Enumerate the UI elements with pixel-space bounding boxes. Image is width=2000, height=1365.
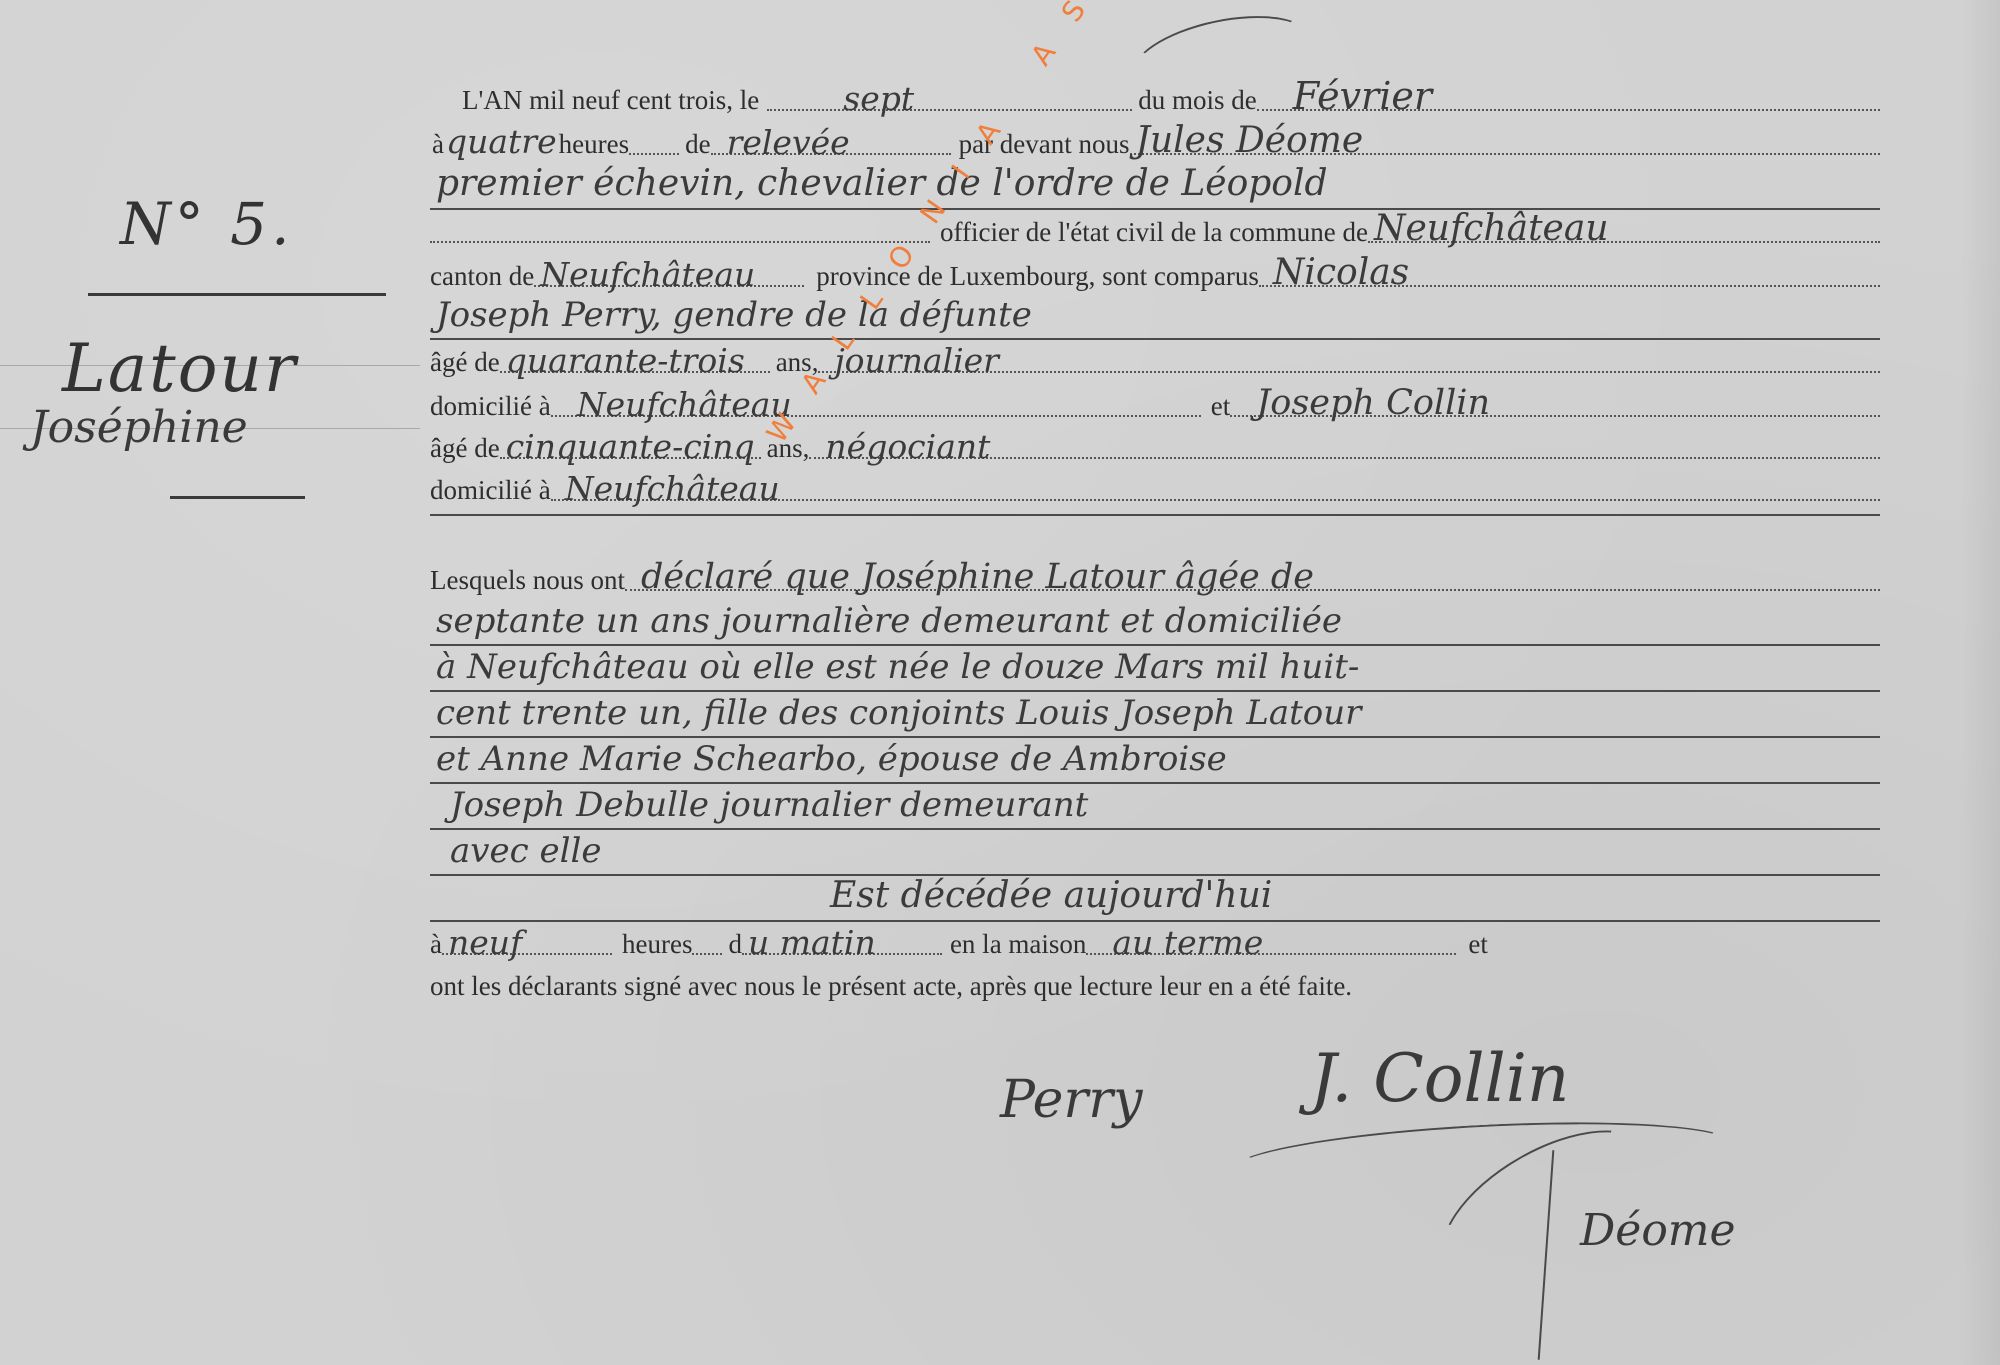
label-house: en la maison (950, 931, 1086, 962)
line-witness2-age: âgé de cinquante-cinq ans, négociant (430, 426, 1880, 466)
label-age: âgé de (430, 435, 500, 466)
field-witness2-occupation: négociant (819, 430, 996, 467)
deceased-given-name: Joséphine (30, 402, 248, 453)
declaration-died-line: Est décédée aujourd'hui (430, 880, 1880, 922)
label-residence: domicilié à (430, 393, 551, 424)
line-witness2-residence: domicilié à Neufchâteau (430, 468, 1880, 508)
field-death-period: u matin (742, 926, 882, 963)
field-death-hour: neuf (442, 926, 528, 963)
line-canton: canton de Neufchâteau province de Luxemb… (430, 254, 1880, 294)
field-witness1-name: Joseph Perry, gendre de la défunte (430, 298, 1038, 338)
label-at: à (432, 131, 444, 162)
field-witness1-first: Nicolas (1267, 255, 1415, 295)
field-witness2-name: Joseph Collin (1250, 386, 1496, 425)
signature-witness1: Perry (1000, 1070, 1143, 1130)
field-witness1-age: quarante-trois (500, 344, 751, 381)
deceased-surname: Latour (62, 330, 298, 407)
declaration-line-6: avec elle (430, 834, 1880, 876)
line-time-place: à neuf heures d u matin en la maison au … (430, 922, 1880, 962)
field-witness2-residence: Neufchâteau (559, 472, 786, 509)
signature-witness2: J. Collin (1310, 1040, 1569, 1117)
line-commune: officier de l'état civil de la commune d… (430, 210, 1880, 250)
label-age: âgé de (430, 349, 500, 380)
line-declaration: Lesquels nous ont déclaré que Joséphine … (430, 558, 1880, 598)
declaration-line-3: cent trente un, fille des conjoints Loui… (430, 696, 1880, 738)
act-number: N° 5. (120, 190, 294, 258)
line-date: L'AN mil neuf cent trois, le sept du moi… (430, 78, 1880, 118)
margin-divider (170, 496, 305, 499)
field-witness2-age: cinquante-cinq (500, 430, 761, 467)
label-residence: domicilié à (430, 477, 551, 508)
separator-line (430, 512, 1880, 516)
line-witness1-residence: domicilié à Neufchâteau et Joseph Collin (430, 384, 1880, 424)
label-at: à (430, 931, 442, 962)
field-day: sept (837, 82, 920, 119)
declaration-line-2: à Neufchâteau où elle est née le douze M… (430, 650, 1880, 692)
margin-divider (88, 293, 386, 296)
label-officer: officier de l'état civil de la commune d… (940, 219, 1368, 250)
label-declared: Lesquels nous ont (430, 567, 625, 598)
field-commune: Neufchâteau (1368, 211, 1615, 251)
label-of: d (728, 931, 742, 962)
label-and: et (1211, 393, 1231, 424)
field-hour: quatre (444, 125, 559, 162)
label-canton: canton de (430, 263, 534, 294)
label-of: de (685, 131, 710, 162)
label-month: du mois de (1138, 87, 1257, 118)
label-year: L'AN mil neuf cent trois, le (462, 87, 759, 118)
declaration-line-4: et Anne Marie Schearbo, épouse de Ambroi… (430, 742, 1880, 784)
field-officer-name: Jules Déome (1130, 123, 1370, 163)
field-death-place: au terme (1106, 926, 1269, 963)
line-closing: ont les déclarants signé avec nous le pr… (430, 964, 1880, 1004)
label-and: et (1468, 931, 1488, 962)
document-page: N° 5. Latour Joséphine L'AN mil neuf cen… (0, 0, 2000, 1365)
page-edge-shadow (1960, 0, 2000, 1365)
signature-officer: Déome (1580, 1205, 1736, 1256)
line-hour: à quatre heures de relevée par devant no… (430, 122, 1880, 162)
line-witness1-age: âgé de quarante-trois ans, journalier (430, 340, 1880, 380)
field-month: Février (1287, 77, 1438, 119)
line-witness1: Joseph Perry, gendre de la défunte (430, 298, 1880, 340)
field-declaration-start: déclaré que Joséphine Latour âgée de (635, 560, 1320, 599)
label-hours: heures (622, 931, 692, 962)
field-witness1-residence: Neufchâteau (571, 388, 798, 425)
declaration-line-5: Joseph Debulle journalier demeurant (430, 788, 1880, 830)
field-canton: Neufchâteau (534, 258, 761, 295)
closing-text: ont les déclarants signé avec nous le pr… (430, 973, 1352, 1004)
label-hours: heures (559, 131, 629, 162)
field-period: relevée (721, 126, 856, 163)
field-officer-title: premier échevin, chevalier de l'ordre de… (430, 166, 1334, 208)
line-officer-title: premier échevin, chevalier de l'ordre de… (430, 168, 1880, 210)
declaration-line-1: septante un ans journalière demeurant et… (430, 604, 1880, 646)
